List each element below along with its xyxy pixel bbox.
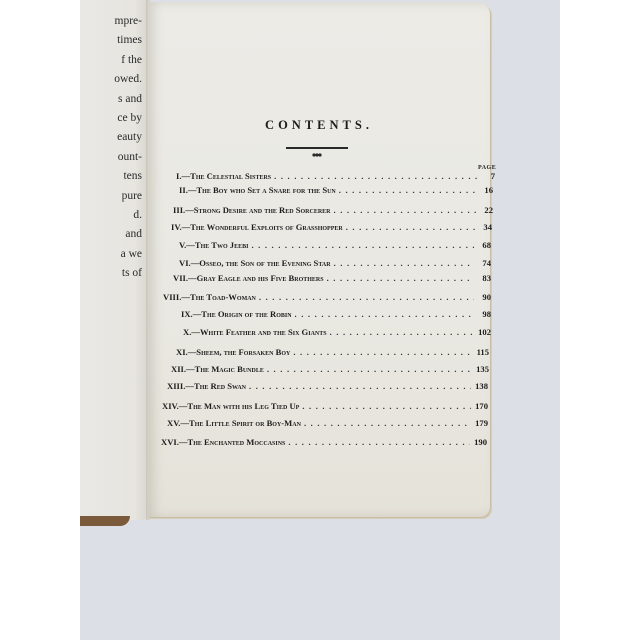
page-number: 98 <box>477 309 491 319</box>
dash: — <box>185 205 194 215</box>
book-photo: mpre- times f the owed. s and ce by eaut… <box>80 0 560 640</box>
page-number: 34 <box>478 222 492 232</box>
chapter-number: II. <box>179 185 188 195</box>
left-line: a we <box>80 245 142 264</box>
left-line: ount- <box>80 148 142 167</box>
contents-entry: XII.—The Magic Bundle. . . . . . . . . .… <box>171 364 489 378</box>
page-number: 7 <box>481 171 495 181</box>
chapter-title: White Feather and the Six Giants <box>200 327 327 337</box>
contents-entry: II.—The Boy who Set a Snare for the Sun.… <box>179 185 493 199</box>
dash: — <box>186 364 195 374</box>
left-line: d. <box>80 206 142 225</box>
dot-leader: . . . . . . . . . . . . . . . . . . . . … <box>274 171 478 181</box>
dash: — <box>188 185 197 195</box>
chapter-title: The Man with his Leg Tied Up <box>187 401 299 411</box>
left-line: mpre- <box>80 12 142 31</box>
chapter-title: Strong Desire and the Red Sorcerer <box>194 205 331 215</box>
chapter-title: Osseo, the Son of the Evening Star <box>199 258 330 268</box>
page-number: 22 <box>479 205 493 215</box>
contents-entry: I.—The Celestial Sisters. . . . . . . . … <box>176 171 495 185</box>
chapter-title: The Two Jeebi <box>195 240 249 250</box>
contents-entry: IV.—The Wonderful Exploits of Grasshoppe… <box>171 222 492 236</box>
contents-entry: XV.—The Little Spirit or Boy-Man. . . . … <box>167 418 488 432</box>
contents-block: CONTENTS. PAGE I.—The Celestial Sisters.… <box>148 2 490 517</box>
dash: — <box>185 381 194 391</box>
contents-entry: VIII.—The Toad-Woman. . . . . . . . . . … <box>163 292 491 306</box>
dot-leader: . . . . . . . . . . . . . . . . . . . . … <box>302 401 471 411</box>
dot-leader: . . . . . . . . . . . . . . . . . . . . … <box>334 205 476 215</box>
contents-entry: IX.—The Origin of the Robin. . . . . . .… <box>181 309 491 323</box>
page-number: 179 <box>474 418 488 428</box>
chapter-title: The Wonderful Exploits of Grasshopper <box>190 222 343 232</box>
contents-entry: XIV.—The Man with his Leg Tied Up. . . .… <box>162 401 488 415</box>
dot-leader: . . . . . . . . . . . . . . . . . . . . … <box>334 258 474 268</box>
chapter-number: XII. <box>171 364 186 374</box>
dash: — <box>182 222 191 232</box>
contents-entry: V.—The Two Jeebi. . . . . . . . . . . . … <box>179 240 491 254</box>
left-line: eauty <box>80 128 142 147</box>
chapter-title: Gray Eagle and his Five Brothers <box>197 273 324 283</box>
ornament-rule-icon <box>286 147 348 149</box>
dash: — <box>179 401 188 411</box>
chapter-title: The Toad-Woman <box>190 292 256 302</box>
dot-leader: . . . . . . . . . . . . . . . . . . . . … <box>339 185 476 195</box>
chapter-title: The Red Swan <box>194 381 246 391</box>
dash: — <box>179 437 188 447</box>
left-line: s and <box>80 90 142 109</box>
left-line: ce by <box>80 109 142 128</box>
left-line: pure <box>80 187 142 206</box>
contents-entry: XI.—Sheem, the Forsaken Boy. . . . . . .… <box>176 347 489 361</box>
left-line: f the <box>80 51 142 70</box>
dot-leader: . . . . . . . . . . . . . . . . . . . . … <box>295 309 474 319</box>
dot-leader: . . . . . . . . . . . . . . . . . . . . … <box>251 240 474 250</box>
contents-entry: VI.—Osseo, the Son of the Evening Star. … <box>179 258 491 272</box>
page-number: 68 <box>477 240 491 250</box>
dash: — <box>188 347 197 357</box>
dash: — <box>188 273 197 283</box>
contents-entry: XVI.—The Enchanted Moccasins. . . . . . … <box>161 437 487 451</box>
dash: — <box>191 327 200 337</box>
page-number: 90 <box>477 292 491 302</box>
contents-entry: VII.—Gray Eagle and his Five Brothers. .… <box>173 273 491 287</box>
page-number: 135 <box>475 364 489 374</box>
chapter-number: IX. <box>181 309 193 319</box>
chapter-number: VI. <box>179 258 191 268</box>
chapter-title: The Origin of the Robin <box>201 309 291 319</box>
chapter-title: The Boy who Set a Snare for the Sun <box>196 185 335 195</box>
dot-leader: . . . . . . . . . . . . . . . . . . . . … <box>293 347 472 357</box>
dot-leader: . . . . . . . . . . . . . . . . . . . . … <box>304 418 471 428</box>
page-number: 102 <box>477 327 491 337</box>
left-line: owed. <box>80 70 142 89</box>
page-number: 115 <box>475 347 489 357</box>
dash: — <box>182 171 191 181</box>
page-number: 170 <box>474 401 488 411</box>
left-line: tens <box>80 167 142 186</box>
chapter-title: The Celestial Sisters <box>190 171 271 181</box>
contents-entry: III.—Strong Desire and the Red Sorcerer.… <box>173 205 493 219</box>
dash: — <box>186 240 195 250</box>
chapter-title: Sheem, the Forsaken Boy <box>196 347 290 357</box>
page-number: 190 <box>473 437 487 447</box>
dot-leader: . . . . . . . . . . . . . . . . . . . . … <box>346 222 475 232</box>
contents-entry: XIII.—The Red Swan. . . . . . . . . . . … <box>167 381 488 395</box>
page-title: CONTENTS. <box>148 118 490 133</box>
dot-leader: . . . . . . . . . . . . . . . . . . . . … <box>288 437 470 447</box>
chapter-number: XI. <box>176 347 188 357</box>
dash: — <box>181 292 190 302</box>
chapter-number: XV. <box>167 418 180 428</box>
chapter-number: VIII. <box>163 292 181 302</box>
dot-leader: . . . . . . . . . . . . . . . . . . . . … <box>330 327 474 337</box>
page-number: 83 <box>477 273 491 283</box>
page-number: 138 <box>474 381 488 391</box>
left-page: mpre- times f the owed. s and ce by eaut… <box>80 0 148 520</box>
dot-leader: . . . . . . . . . . . . . . . . . . . . … <box>327 273 474 283</box>
dash: — <box>193 309 202 319</box>
dot-leader: . . . . . . . . . . . . . . . . . . . . … <box>249 381 471 391</box>
left-line: times <box>80 31 142 50</box>
worn-cover-edge <box>80 516 130 526</box>
chapter-title: The Enchanted Moccasins <box>188 437 286 447</box>
chapter-number: XIII. <box>167 381 185 391</box>
chapter-title: The Little Spirit or Boy-Man <box>189 418 301 428</box>
chapter-number: XIV. <box>162 401 179 411</box>
dot-leader: . . . . . . . . . . . . . . . . . . . . … <box>259 292 474 302</box>
chapter-number: XVI. <box>161 437 179 447</box>
chapter-number: III. <box>173 205 185 215</box>
dot-leader: . . . . . . . . . . . . . . . . . . . . … <box>267 364 472 374</box>
contents-page: CONTENTS. PAGE I.—The Celestial Sisters.… <box>148 2 490 517</box>
left-line: and <box>80 225 142 244</box>
chapter-number: IV. <box>171 222 182 232</box>
dash: — <box>191 258 200 268</box>
dash: — <box>180 418 189 428</box>
chapter-number: VII. <box>173 273 188 283</box>
left-page-text: mpre- times f the owed. s and ce by eaut… <box>80 12 142 283</box>
page-number: 74 <box>477 258 491 268</box>
contents-entry: X.—White Feather and the Six Giants. . .… <box>183 327 491 341</box>
left-line: ts of <box>80 264 142 283</box>
page-number: 16 <box>479 185 493 195</box>
chapter-title: The Magic Bundle <box>195 364 264 374</box>
